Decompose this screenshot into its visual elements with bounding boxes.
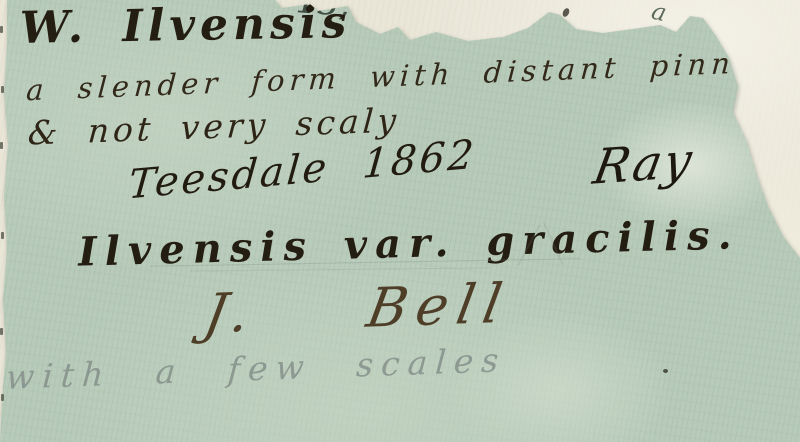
left-edge-tick (1, 86, 4, 93)
species-header: W. Ilvensis (20, 1, 352, 51)
signature: J. Bell (200, 276, 514, 341)
pencil-scratch (517, 224, 540, 266)
pencil-scratch (190, 267, 490, 271)
top-pencil-mark: a (649, 0, 669, 25)
pencil-scratch (543, 222, 564, 265)
pencil-annotation: with a few scales (5, 343, 508, 394)
note-photograph: 13, W. Ilvensis a slender form with dist… (0, 0, 800, 442)
description-line-1: a slender form with distant pinnæ (25, 48, 768, 106)
left-edge-tick (1, 232, 4, 239)
edge-ink-speck (561, 7, 570, 18)
left-edge-tick (0, 26, 3, 33)
locality-date-line: Teesdale 1862 (127, 135, 478, 206)
torn-paper-shadow: 13, W. Ilvensis a slender form with dist… (0, 0, 800, 442)
left-edge-tick (0, 142, 3, 149)
pencil-scratch (150, 258, 580, 267)
left-edge-tick (1, 394, 4, 401)
right-annotation: Ray (590, 136, 697, 192)
torn-green-paper: 13, W. Ilvensis a slender form with dist… (0, 0, 800, 442)
variety-line: Ilvensis var. gracilis. (78, 215, 740, 272)
ink-speck (765, 92, 769, 96)
left-edge-tick (0, 328, 3, 335)
description-line-2: & not very scaly (27, 103, 401, 149)
cutoff-number-fragment: 13, (295, 0, 351, 22)
ink-speck (663, 369, 668, 373)
